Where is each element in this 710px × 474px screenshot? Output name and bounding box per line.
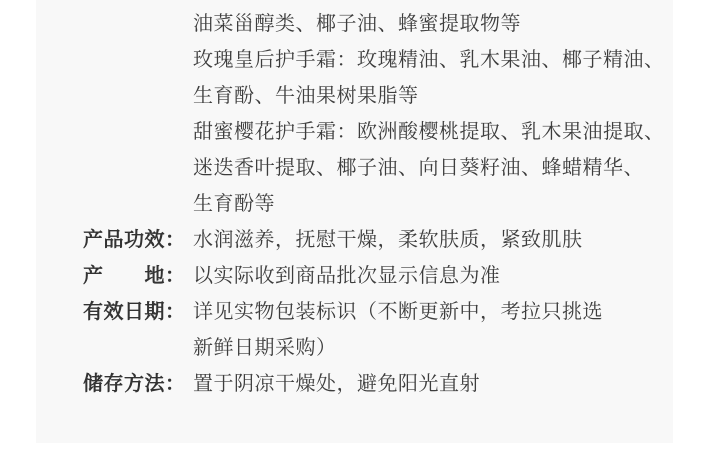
spec-value: 详见实物包装标识（不断更新中，考拉只挑选新鲜日期采购） xyxy=(193,294,679,366)
spec-row: 有效日期：详见实物包装标识（不断更新中，考拉只挑选新鲜日期采购） xyxy=(36,294,673,366)
spec-rows-container: 油菜甾醇类、椰子油、蜂蜜提取物等玫瑰皇后护手霜：玫瑰精油、乳木果油、椰子精油、生… xyxy=(36,6,673,402)
spec-value: 油菜甾醇类、椰子油、蜂蜜提取物等 xyxy=(193,6,679,42)
product-spec-card: 油菜甾醇类、椰子油、蜂蜜提取物等玫瑰皇后护手霜：玫瑰精油、乳木果油、椰子精油、生… xyxy=(36,0,673,443)
spec-value-line: 以实际收到商品批次显示信息为准 xyxy=(193,258,679,294)
spec-label: 产品功效： xyxy=(36,222,193,258)
spec-value-line: 水润滋养，抚慰干燥，柔软肤质，紧致肌肤 xyxy=(193,222,679,258)
spec-value-line: 油菜甾醇类、椰子油、蜂蜜提取物等 xyxy=(193,6,679,42)
spec-value: 置于阴凉干燥处，避免阳光直射 xyxy=(193,366,679,402)
spec-value-line: 甜蜜樱花护手霜：欧洲酸樱桃提取、乳木果油提取、 xyxy=(193,114,679,150)
spec-value-line: 生育酚等 xyxy=(193,186,679,222)
spec-value-line: 迷迭香叶提取、椰子油、向日葵籽油、蜂蜡精华、 xyxy=(193,150,679,186)
product-detail-page: 油菜甾醇类、椰子油、蜂蜜提取物等玫瑰皇后护手霜：玫瑰精油、乳木果油、椰子精油、生… xyxy=(0,0,710,474)
spec-row: 产品功效：水润滋养，抚慰干燥，柔软肤质，紧致肌肤 xyxy=(36,222,673,258)
spec-value-line: 详见实物包装标识（不断更新中，考拉只挑选 xyxy=(193,294,679,330)
spec-row: 油菜甾醇类、椰子油、蜂蜜提取物等 xyxy=(36,6,673,42)
spec-row: 储存方法：置于阴凉干燥处，避免阳光直射 xyxy=(36,366,673,402)
spec-label: 有效日期： xyxy=(36,294,193,330)
spec-value: 玫瑰皇后护手霜：玫瑰精油、乳木果油、椰子精油、生育酚、牛油果树果脂等 xyxy=(193,42,679,114)
spec-row: 玫瑰皇后护手霜：玫瑰精油、乳木果油、椰子精油、生育酚、牛油果树果脂等 xyxy=(36,42,673,114)
spec-row: 甜蜜樱花护手霜：欧洲酸樱桃提取、乳木果油提取、迷迭香叶提取、椰子油、向日葵籽油、… xyxy=(36,114,673,222)
spec-value: 水润滋养，抚慰干燥，柔软肤质，紧致肌肤 xyxy=(193,222,679,258)
spec-value-line: 生育酚、牛油果树果脂等 xyxy=(193,78,679,114)
spec-value: 以实际收到商品批次显示信息为准 xyxy=(193,258,679,294)
spec-row: 产 地：以实际收到商品批次显示信息为准 xyxy=(36,258,673,294)
spec-label: 产 地： xyxy=(36,258,193,294)
spec-label: 储存方法： xyxy=(36,366,193,402)
spec-value: 甜蜜樱花护手霜：欧洲酸樱桃提取、乳木果油提取、迷迭香叶提取、椰子油、向日葵籽油、… xyxy=(193,114,679,222)
spec-value-line: 玫瑰皇后护手霜：玫瑰精油、乳木果油、椰子精油、 xyxy=(193,42,679,78)
spec-value-line: 新鲜日期采购） xyxy=(193,330,679,366)
spec-value-line: 置于阴凉干燥处，避免阳光直射 xyxy=(193,366,679,402)
